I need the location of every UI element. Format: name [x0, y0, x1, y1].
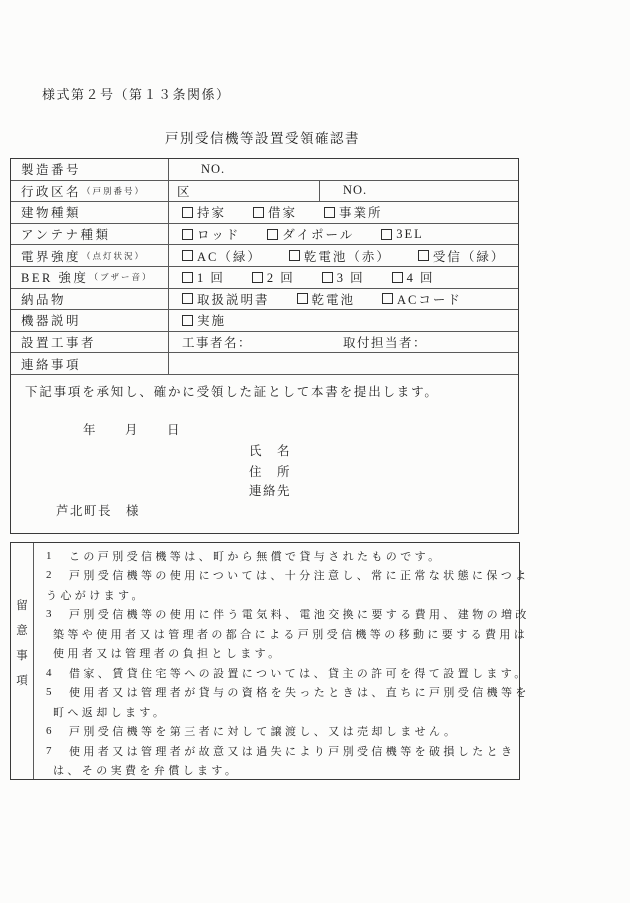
statement-text: 下記事項を承知し、確かに受領した証として本書を提出します。 — [25, 382, 439, 400]
row-label: 機器説明 — [11, 310, 169, 331]
note-line: 5使用者又は管理者が貸与の資格を失ったときは、直ちに戸別受信機等を — [46, 683, 530, 703]
row-label: 行政区名（戸別番号） — [11, 181, 169, 202]
notes-content: 1この戸別受信機等は、町から無償で貸与されたものです。 2戸別受信機等の使用につ… — [34, 543, 534, 779]
row-label: 建物種類 — [11, 202, 169, 223]
option-building-rented: 借家 — [253, 203, 297, 221]
note-line: 町へ返却します。 — [46, 702, 530, 722]
option-ber-1: 1 回 — [182, 268, 225, 286]
date-line: 年 月 日 — [83, 420, 181, 438]
option-ac-cord: ACコード — [382, 290, 462, 308]
notes-side-label: 留 意 事 項 — [11, 543, 34, 779]
checkbox-icon — [267, 229, 278, 240]
table-row-district: 行政区名（戸別番号） 区 NO. — [11, 181, 518, 203]
option-ber-3: 3 回 — [322, 268, 365, 286]
district-cell: 区 — [169, 181, 320, 202]
option-building-business: 事業所 — [324, 203, 383, 221]
checkbox-icon — [182, 229, 193, 240]
note-line: 3戸別受信機等の使用に伴う電気料、電池交換に要する費用、建物の増改 — [46, 605, 530, 625]
option-building-own: 持家 — [182, 203, 226, 221]
table-row-ber: BER 強度（ブザー音） 1 回 2 回 3 回 4 回 — [11, 267, 518, 289]
table-row-installer: 設置工事者 工事者名： 取付担当者： — [11, 332, 518, 354]
option-antenna-dipole: ダイポール — [267, 225, 354, 243]
field-strength-options: AC（緑） 乾電池（赤） 受信（緑） — [169, 245, 532, 266]
option-ber-4: 4 回 — [392, 268, 435, 286]
note-line: 6戸別受信機等を第三者に対して譲渡し、又は売却しません。 — [46, 722, 530, 742]
receipt-table: 製造番号 NO. 行政区名（戸別番号） 区 NO. 建物種類 持家 借家 事業所… — [10, 158, 519, 534]
statement-area: 下記事項を承知し、確かに受領した証として本書を提出します。 年 月 日 氏 名 … — [11, 375, 518, 533]
table-row-serial: 製造番号 NO. — [11, 159, 518, 181]
table-row-field-strength: 電界強度（点灯状況） AC（緑） 乾電池（赤） 受信（緑） — [11, 245, 518, 267]
checkbox-icon — [182, 250, 193, 261]
checkbox-icon — [182, 207, 193, 218]
row-label: 連絡事項 — [11, 353, 169, 374]
installer-staff-label: 取付担当者： — [343, 333, 427, 351]
row-label-small: （ブザー音） — [89, 271, 152, 283]
checkbox-icon — [418, 250, 429, 261]
note-line: 1この戸別受信機等は、町から無償で貸与されたものです。 — [46, 546, 530, 566]
checkbox-icon — [182, 272, 193, 283]
checkbox-icon — [392, 272, 403, 283]
checkbox-icon — [182, 293, 193, 304]
note-line: 4借家、賃貸住宅等への設置については、貸主の許可を得て設置します。 — [46, 663, 530, 683]
row-label-small: （戸別番号） — [82, 185, 145, 197]
option-field-ac: AC（緑） — [182, 247, 262, 265]
document-page: 様式第２号（第１３条関係） 戸別受信機等設置受領確認書 製造番号 NO. 行政区… — [0, 0, 630, 903]
option-field-battery: 乾電池（赤） — [289, 247, 391, 265]
checkbox-icon — [253, 207, 264, 218]
note-line: 2戸別受信機等の使用については、十分注意し、常に正常な状態に保つよ — [46, 566, 530, 586]
serial-value: NO. — [169, 159, 518, 180]
note-line: う心がけます。 — [46, 585, 530, 605]
table-row-building: 建物種類 持家 借家 事業所 — [11, 202, 518, 224]
row-label: 電界強度（点灯状況） — [11, 245, 169, 266]
row-label: アンテナ種類 — [11, 224, 169, 245]
row-label: 納品物 — [11, 289, 169, 310]
row-label: 製造番号 — [11, 159, 169, 180]
checkbox-icon — [252, 272, 263, 283]
option-implemented: 実施 — [182, 311, 226, 329]
addressee: 芦北町長 様 — [56, 501, 140, 519]
table-row-antenna: アンテナ種類 ロッド ダイポール 3EL — [11, 224, 518, 246]
row-label: 設置工事者 — [11, 332, 169, 353]
table-row-contact: 連絡事項 — [11, 353, 518, 375]
antenna-options: ロッド ダイポール 3EL — [169, 224, 518, 245]
building-options: 持家 借家 事業所 — [169, 202, 518, 223]
note-line: は、その実費を弁償します。 — [46, 761, 530, 781]
option-antenna-rod: ロッド — [182, 225, 240, 243]
installer-fields: 工事者名： 取付担当者： — [169, 332, 518, 353]
checkbox-icon — [182, 315, 193, 326]
checkbox-icon — [297, 293, 308, 304]
checkbox-icon — [382, 293, 393, 304]
installer-name-label: 工事者名： — [182, 333, 252, 351]
signature-name-label: 氏 名 — [249, 441, 291, 459]
explanation-options: 実施 — [169, 310, 518, 331]
option-field-receive: 受信（緑） — [418, 247, 506, 265]
option-antenna-3el: 3EL — [381, 227, 424, 242]
signature-address-label: 住 所 — [249, 462, 291, 480]
option-manual: 取扱説明書 — [182, 290, 270, 308]
checkbox-icon — [289, 250, 300, 261]
form-number: 様式第２号（第１３条関係） — [42, 84, 231, 103]
notes-box: 留 意 事 項 1この戸別受信機等は、町から無償で貸与されたものです。 2戸別受… — [10, 542, 520, 780]
signature-contact-label: 連絡先 — [249, 481, 291, 499]
option-dry-battery: 乾電池 — [297, 290, 356, 308]
option-ber-2: 2 回 — [252, 268, 295, 286]
ber-options: 1 回 2 回 3 回 4 回 — [169, 267, 518, 288]
row-label-small: （点灯状況） — [82, 250, 145, 262]
checkbox-icon — [324, 207, 335, 218]
note-line: 7使用者又は管理者が故意又は過失により戸別受信機等を破損したとき — [46, 741, 530, 761]
contact-value — [169, 353, 518, 374]
document-title: 戸別受信機等設置受領確認書 — [165, 127, 360, 147]
table-row-delivered: 納品物 取扱説明書 乾電池 ACコード — [11, 289, 518, 311]
checkbox-icon — [322, 272, 333, 283]
row-label: BER 強度（ブザー音） — [11, 267, 169, 288]
checkbox-icon — [381, 229, 392, 240]
note-line: 築等や使用者又は管理者の都合による戸別受信機等の移動に要する費用は — [46, 624, 530, 644]
note-line: 使用者又は管理者の負担とします。 — [46, 644, 530, 664]
delivered-options: 取扱説明書 乾電池 ACコード — [169, 289, 518, 310]
district-no-cell: NO. — [320, 181, 518, 202]
table-row-explanation: 機器説明 実施 — [11, 310, 518, 332]
